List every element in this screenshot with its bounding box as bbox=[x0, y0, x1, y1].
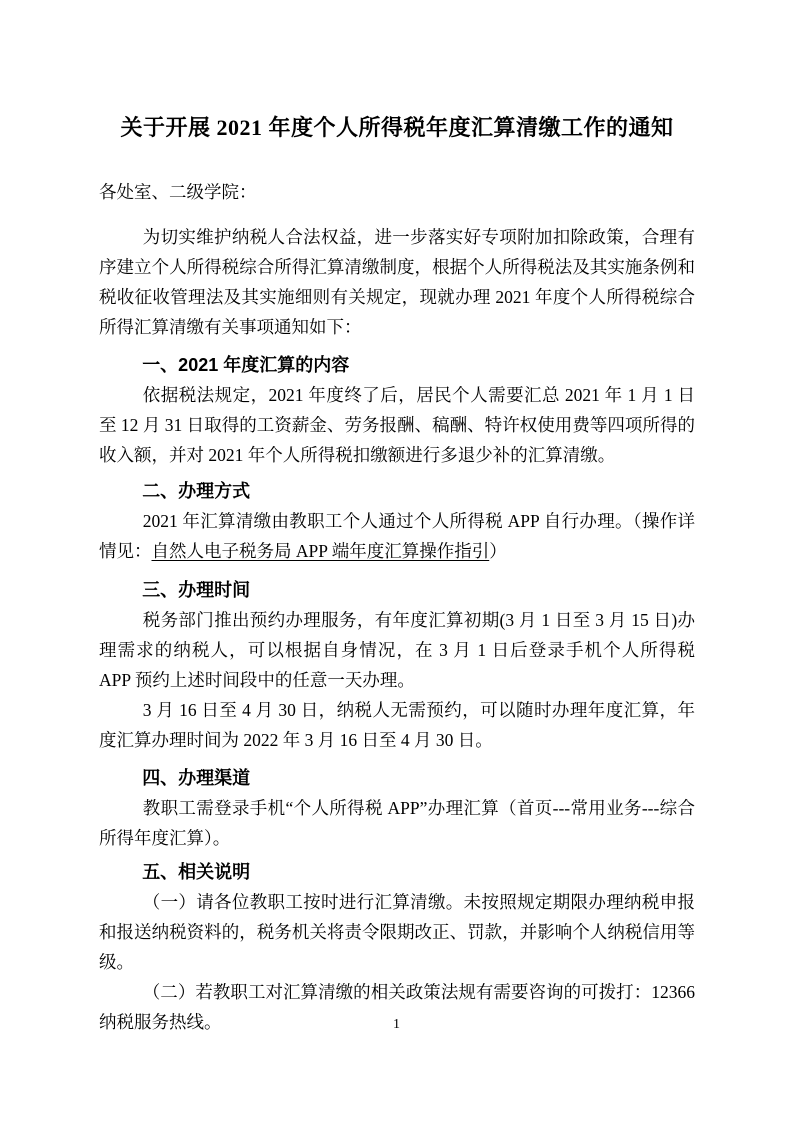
document-title: 关于开展 2021 年度个人所得税年度汇算清缴工作的通知 bbox=[99, 112, 695, 144]
section-3-paragraph-1: 税务部门推出预约办理服务，有年度汇算初期(3 月 1 日至 3 月 15 日)办… bbox=[99, 605, 695, 695]
intro-paragraph: 为切实维护纳税人合法权益，进一步落实好专项附加扣除政策，合理有序建立个人所得税综… bbox=[99, 222, 695, 342]
section-heading-1: 一、2021 年度汇算的内容 bbox=[99, 350, 695, 380]
section-heading-4: 四、办理渠道 bbox=[99, 763, 695, 793]
document-page: 关于开展 2021 年度个人所得税年度汇算清缴工作的通知 各处室、二级学院： 为… bbox=[0, 0, 793, 1122]
section-2-paragraph: 2021 年汇算清缴由教职工个人通过个人所得税 APP 自行办理。（操作详情见：… bbox=[99, 506, 695, 566]
page-number: 1 bbox=[0, 1015, 793, 1035]
section-4-paragraph: 教职工需登录手机“个人所得税 APP”办理汇算（首页---常用业务---综合所得… bbox=[99, 793, 695, 853]
annual-settlement-guide-link[interactable]: 自然人电子税务局 APP 端年度汇算操作指引 bbox=[152, 541, 490, 561]
section-2-paragraph-suffix: ） bbox=[489, 541, 507, 561]
section-1-paragraph: 依据税法规定，2021 年度终了后，居民个人需要汇总 2021 年 1 月 1 … bbox=[99, 380, 695, 470]
salutation: 各处室、二级学院： bbox=[99, 177, 695, 207]
section-3-paragraph-2: 3 月 16 日至 4 月 30 日，纳税人无需预约，可以随时办理年度汇算，年度… bbox=[99, 695, 695, 755]
section-5-paragraph-1: （一）请各位教职工按时进行汇算清缴。未按照规定期限办理纳税申报和报送纳税资料的，… bbox=[99, 887, 695, 977]
section-heading-2: 二、办理方式 bbox=[99, 476, 695, 506]
section-heading-5: 五、相关说明 bbox=[99, 857, 695, 887]
section-heading-3: 三、办理时间 bbox=[99, 575, 695, 605]
